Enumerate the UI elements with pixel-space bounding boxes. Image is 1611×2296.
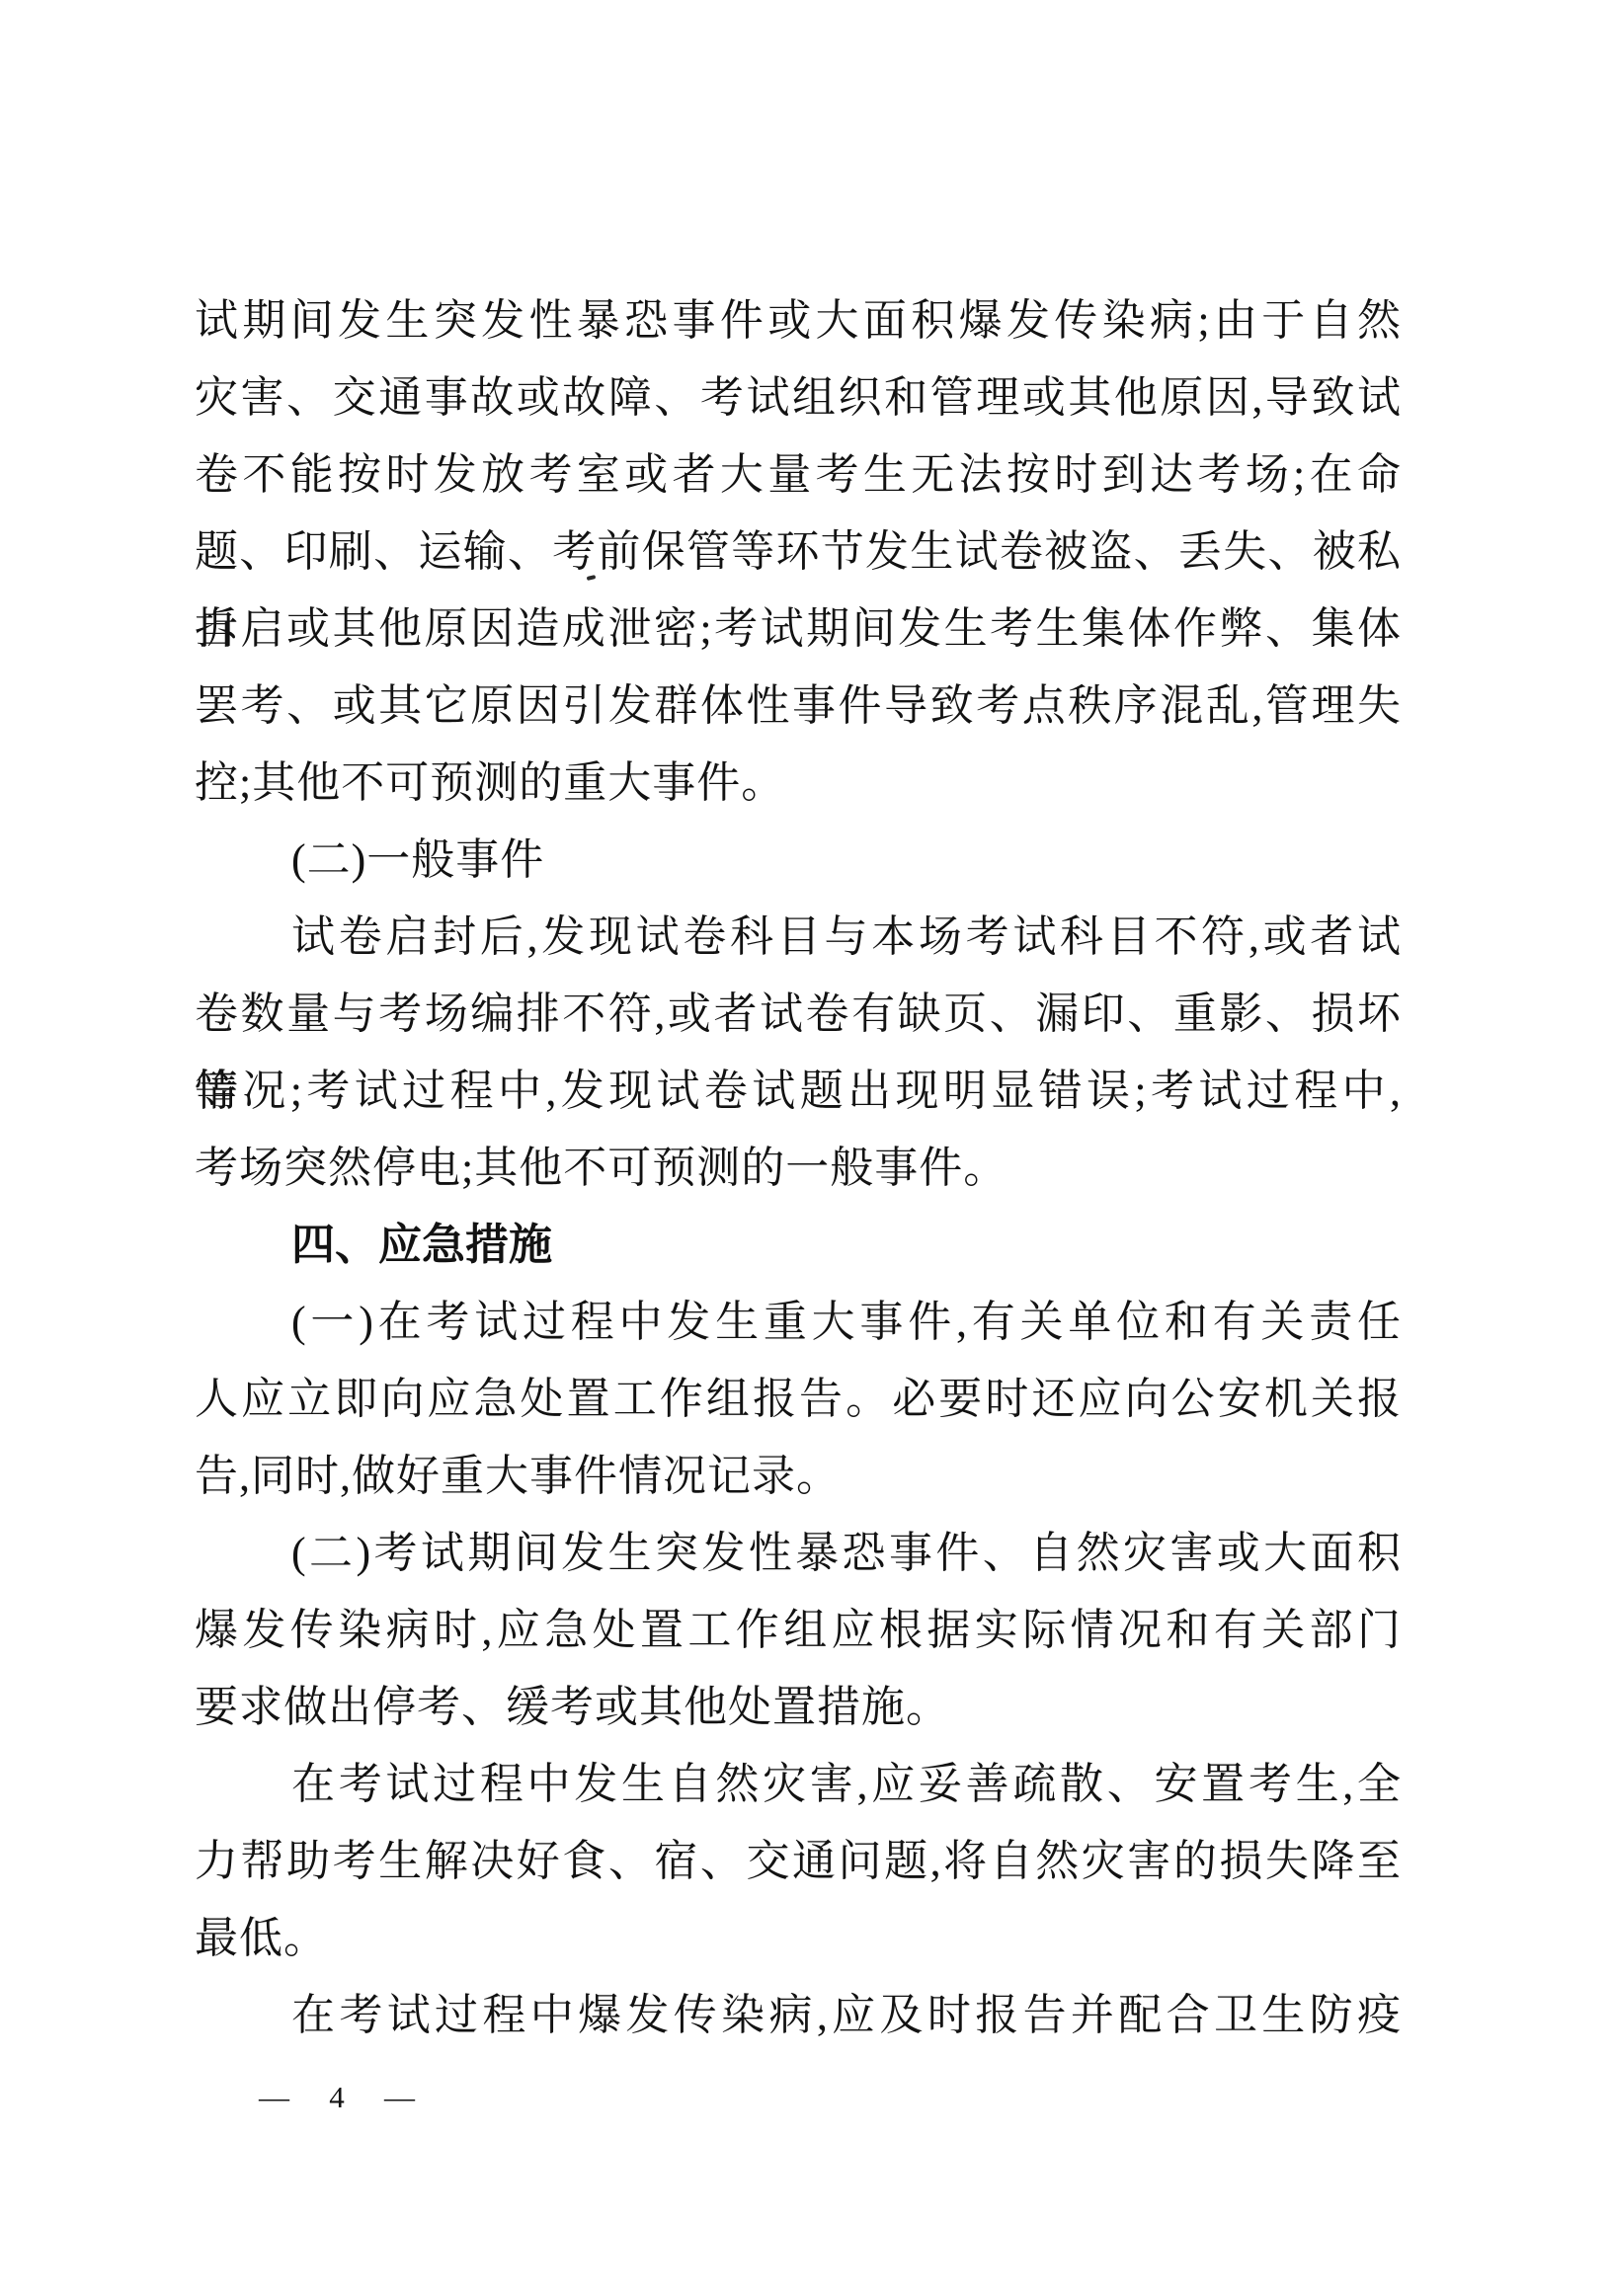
text-line: 控;其他不可预测的重大事件。 [195, 745, 1402, 822]
text-line: 力帮助考生解决好食、宿、交通问题,将自然灾害的损失降至 [195, 1823, 1402, 1900]
text-line: 爆发传染病时,应急处置工作组应根据实际情况和有关部门 [195, 1592, 1402, 1669]
text-line: 要求做出停考、缓考或其他处置措施。 [195, 1669, 1402, 1746]
text-line: 最低。 [195, 1900, 1402, 1977]
text-line: 人应立即向应急处置工作组报告。必要时还应向公安机关报 [195, 1361, 1402, 1438]
text-line: 在考试过程中爆发传染病,应及时报告并配合卫生防疫 [195, 1977, 1402, 2054]
footer-dash-right: — [384, 2082, 415, 2112]
text-line: 试期间发生突发性暴恐事件或大面积爆发传染病;由于自然 [195, 282, 1402, 359]
section-heading: 四、应急措施 [195, 1207, 1402, 1284]
text-line: 考场突然停电;其他不可预测的一般事件。 [195, 1130, 1402, 1207]
text-line: 罢考、或其它原因引发群体性事件导致考点秩序混乱,管理失 [195, 668, 1402, 745]
text-line: 灾害、交通事故或故障、考试组织和管理或其他原因,导致试 [195, 359, 1402, 436]
text-line: 卷不能按时发放考室或者大量考生无法按时到达考场;在命 [195, 436, 1402, 514]
text-line: 告,同时,做好重大事件情况记录。 [195, 1438, 1402, 1515]
text-line: 试卷启封后,发现试卷科目与本场考试科目不符,或者试 [195, 899, 1402, 976]
subsection-label: (二)一般事件 [195, 822, 1402, 899]
page-footer: — 4 — [259, 2082, 415, 2112]
text-line: 拆启或其他原因造成泄密;考试期间发生考生集体作弊、集体 [195, 591, 1402, 668]
text-line: 情况;考试过程中,发现试卷试题出现明显错误;考试过程中, [195, 1053, 1402, 1130]
text-line: 在考试过程中发生自然灾害,应妥善疏散、安置考生,全 [195, 1746, 1402, 1823]
document-body: 试期间发生突发性暴恐事件或大面积爆发传染病;由于自然 灾害、交通事故或故障、考试… [195, 282, 1402, 2054]
text-line: 卷数量与考场编排不符,或者试卷有缺页、漏印、重影、损坏等 [195, 976, 1402, 1053]
footer-dash-left: — [259, 2082, 289, 2112]
text-line: 题、印刷、运输、考前保管等环节发生试卷被盗、丢失、被私自 [195, 514, 1402, 591]
text-line: (一)在考试过程中发生重大事件,有关单位和有关责任 [195, 1284, 1402, 1361]
page-number: 4 [329, 2082, 345, 2112]
text-line: (二)考试期间发生突发性暴恐事件、自然灾害或大面积 [195, 1515, 1402, 1592]
